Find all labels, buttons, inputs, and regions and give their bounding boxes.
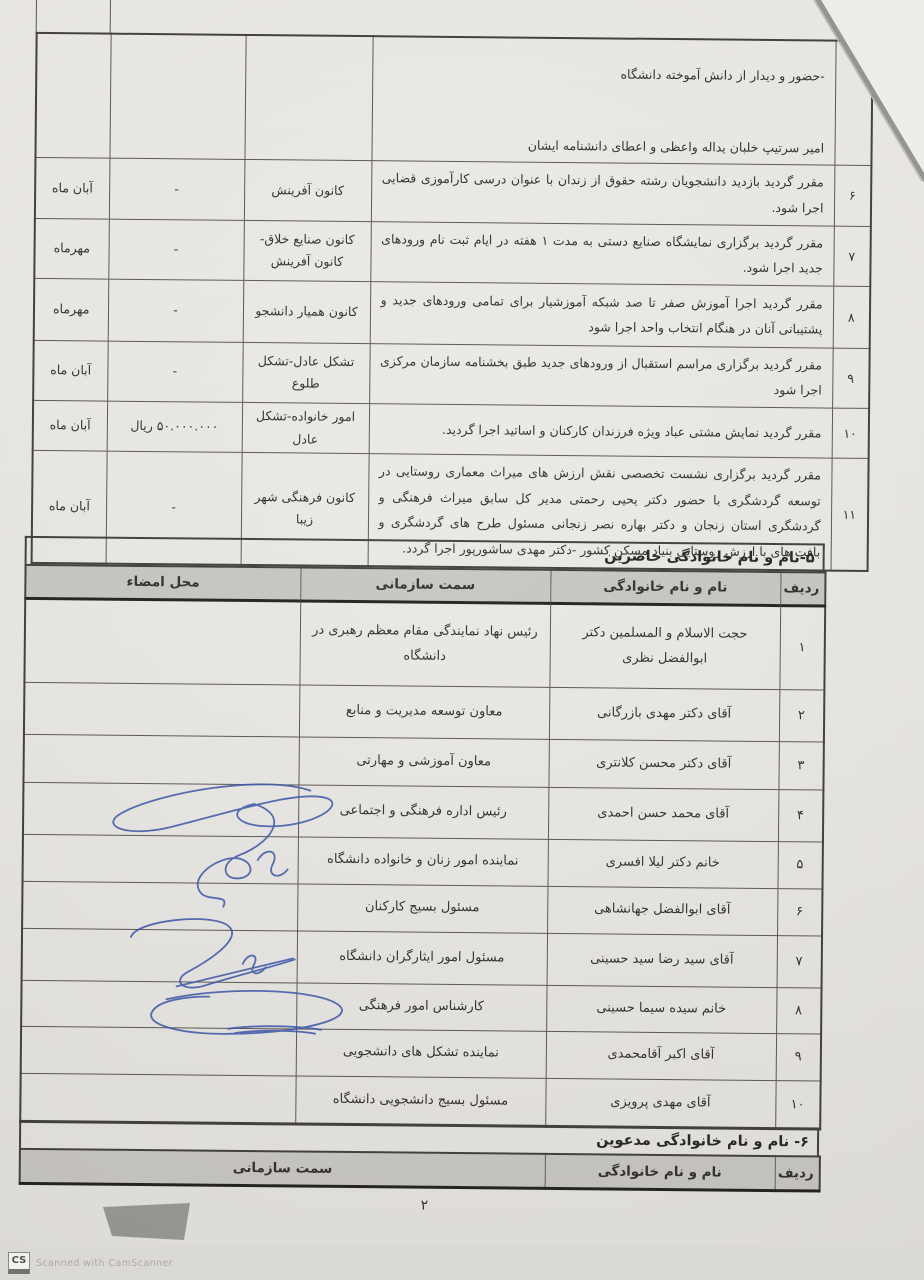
signature-cell [21, 980, 296, 1029]
row-number-cell: ۱۰ [832, 408, 869, 458]
table-divider-stub [110, 0, 111, 33]
name-cell: خانم دکتر لیلا افسری [548, 839, 778, 888]
amount-cell [109, 34, 245, 160]
invitees-section: ۶- نام و نام خانوادگی مدعوین ردیف نام و … [19, 1120, 820, 1192]
table-row: ۶ مقرر گردید بازدید دانشجویان رشته حقوق … [35, 158, 872, 226]
month-cell: مهرماه [34, 218, 109, 279]
name-cell: آقای دکتر محسن کلانتری [548, 739, 778, 789]
row-number-cell: ۵ [777, 841, 822, 888]
signature-cell [23, 782, 298, 837]
attendee-row: ۱ حجت الاسلام و المسلمین دکتر ابوالفضل ن… [24, 598, 825, 690]
table-row: ۸ مقرر گردید اجرا آموزش صفر تا صد شبکه آ… [34, 278, 871, 348]
table-row: -حضور و دیدار از دانش آموخته دانشگاه امی… [35, 33, 872, 166]
name-cell: آقای دکتر مهدی بازرگانی [549, 687, 779, 741]
name-cell: حجت الاسلام و المسلمین دکتر ابوالفضل نظر… [549, 603, 780, 689]
signature-cell [24, 682, 299, 737]
signature-cell [23, 834, 298, 884]
position-cell: نماینده امور زنان و خانواده دانشگاه [298, 836, 548, 885]
row-number-cell: ۹ [832, 348, 870, 409]
name-cell: آقای ابوالفضل جهانشاهی [547, 886, 777, 935]
amount-cell: - [108, 219, 244, 281]
scanned-page-photo: -حضور و دیدار از دانش آموخته دانشگاه امی… [0, 0, 924, 1280]
signature-cell [23, 734, 298, 785]
organization-cell: تشکل عادل-تشکل طلوع [242, 342, 370, 403]
watermark-text: Scanned with CamScanner [36, 1258, 173, 1269]
header-position: سمت سازمانی [20, 1149, 545, 1188]
position-cell: کارشناس امور فرهنگی [296, 982, 546, 1030]
row-number-cell: ۸ [833, 286, 871, 348]
organization-cell: امور خانواده-تشکل عادل [242, 402, 369, 453]
row-number-cell: ۹ [776, 1033, 821, 1080]
description-cell: مقرر گردید بازدید دانشجویان رشته حقوق از… [371, 161, 835, 226]
position-cell: مسئول بسیج دانشجویی دانشگاه [295, 1075, 545, 1126]
signature-cell [22, 881, 297, 931]
position-cell: معاون توسعه مدیریت و منابع [299, 684, 549, 738]
row-number-cell: ۱ [779, 605, 825, 689]
attendee-row: ۷ آقای سید رضا سید حسینی مسئول امور ایثا… [22, 928, 822, 988]
signature-cell [22, 928, 297, 983]
attendee-row: ۴ آقای محمد حسن احمدی رئیس اداره فرهنگی … [23, 782, 823, 842]
carryover-line-1: -حضور و دیدار از دانش آموخته دانشگاه [383, 59, 825, 89]
month-cell [35, 33, 110, 158]
description-cell: مقرر گردید اجرا آموزش صفر تا صد شبکه آمو… [370, 281, 834, 347]
table-row: ۱۰ مقرر گردید نمایش مشتی عباد ویژه فرزند… [33, 400, 869, 458]
row-number-cell: ۶ [777, 888, 822, 935]
carryover-line-2: امیر سرتیپ خلبان یداله واعظی و اعطای دان… [382, 131, 824, 161]
invitees-table: ردیف نام و نام خانوادگی سمت سازمانی [19, 1148, 821, 1192]
organization-cell: کانون همیار دانشجو [243, 280, 371, 343]
amount-cell: - [108, 279, 244, 342]
row-number-cell: ۷ [833, 226, 871, 287]
paper-sheet: -حضور و دیدار از دانش آموخته دانشگاه امی… [0, 0, 924, 1246]
row-number-cell: ۳ [778, 741, 823, 789]
cs-logo-icon: CS [8, 1252, 30, 1274]
organization-cell: کانون صنایع خلاق- کانون آفرینش [243, 220, 371, 281]
amount-cell: - [107, 341, 243, 403]
name-cell: خانم سیده سیما حسینی [546, 985, 776, 1033]
month-cell: آبان ماه [33, 400, 107, 451]
photo-background-strip: CS Scanned with CamScanner [0, 1246, 924, 1280]
row-number-cell [834, 41, 872, 166]
table-row: ۷ مقرر گردید برگزاری نمایشگاه صنایع دستی… [34, 218, 871, 286]
table-divider-stub [36, 0, 37, 32]
attendee-row: ۲ آقای دکتر مهدی بازرگانی معاون توسعه مد… [24, 682, 824, 742]
name-cell: آقای سید رضا سید حسینی [547, 933, 777, 987]
attendee-row: ۸ خانم سیده سیما حسینی کارشناس امور فرهن… [21, 980, 821, 1034]
header-row-number: ردیف [775, 1156, 820, 1190]
row-number-cell: ۸ [776, 987, 821, 1033]
row-number-cell: ۶ [834, 165, 872, 226]
header-signature: محل امضاء [25, 565, 300, 601]
row-number-cell: ۱۰ [775, 1080, 820, 1129]
description-cell: مقرر گردید برگزاری مراسم استقبال از ورود… [369, 343, 833, 408]
organization-cell: کانون آفرینش [244, 160, 372, 221]
position-cell: رئیس اداره فرهنگی و اجتماعی [298, 784, 548, 838]
page-number: ۲ [0, 1194, 860, 1218]
row-number-cell: ۴ [778, 789, 823, 841]
description-cell: مقرر گردید برگزاری نمایشگاه صنایع دستی ب… [370, 221, 834, 286]
position-cell: رئیس نهاد نمایندگی مقام معظم رهبری در دا… [299, 600, 550, 686]
header-name: نام و نام خانوادگی [550, 570, 780, 605]
scan-tilt-wrapper: -حضور و دیدار از دانش آموخته دانشگاه امی… [0, 0, 924, 1250]
row-number-cell: ۷ [777, 935, 822, 987]
amount-cell: - [109, 158, 245, 220]
name-cell: آقای مهدی پرویزی [545, 1078, 775, 1129]
header-position: سمت سازمانی [300, 567, 550, 602]
month-cell: آبان ماه [33, 340, 108, 401]
attendees-section: ۵-نام و نام خانوادگی حاضرین ردیف نام و ن… [19, 536, 825, 1131]
invitees-header-row: ردیف نام و نام خانوادگی سمت سازمانی [20, 1149, 820, 1191]
resolutions-table: -حضور و دیدار از دانش آموخته دانشگاه امی… [31, 32, 874, 572]
description-cell: مقرر گردید نمایش مشتی عباد ویژه فرزندان … [369, 404, 832, 458]
attendees-table: ردیف نام و نام خانوادگی سمت سازمانی محل … [19, 564, 826, 1131]
camscanner-watermark: CS Scanned with CamScanner [8, 1252, 173, 1274]
month-cell: مهرماه [34, 278, 109, 341]
carryover-description-cell: -حضور و دیدار از دانش آموخته دانشگاه امی… [371, 36, 835, 165]
position-cell: مسئول بسیج کارکنان [297, 883, 547, 932]
name-cell: آقای محمد حسن احمدی [548, 787, 778, 841]
header-row-number: ردیف [780, 572, 825, 605]
row-number-cell: ۲ [779, 689, 824, 741]
position-cell: مسئول امور ایثارگران دانشگاه [297, 930, 547, 984]
attendee-row: ۹ آقای اکبر آقامحمدی نماینده تشکل های دا… [21, 1026, 821, 1081]
attendee-row: ۳ آقای دکتر محسن کلانتری معاون آموزشی و … [23, 734, 823, 790]
position-cell: نماینده تشکل های دانشجویی [296, 1028, 546, 1077]
organization-cell [244, 35, 372, 161]
signature-cell [21, 1026, 296, 1076]
signature-cell [24, 598, 300, 685]
signature-cell [20, 1073, 295, 1125]
month-cell: آبان ماه [35, 158, 110, 219]
attendee-row: ۶ آقای ابوالفضل جهانشاهی مسئول بسیج کارک… [22, 881, 822, 936]
table-row: ۹ مقرر گردید برگزاری مراسم استقبال از ور… [33, 340, 870, 408]
name-cell: آقای اکبر آقامحمدی [546, 1031, 776, 1080]
row-number-cell: ۱۱ [831, 458, 869, 570]
amount-cell: ۵۰.۰۰۰.۰۰۰ ریال [107, 401, 242, 452]
attendee-row: ۵ خانم دکتر لیلا افسری نماینده امور زنان… [23, 834, 823, 889]
header-name: نام و نام خانوادگی [545, 1154, 775, 1190]
position-cell: معاون آموزشی و مهارتی [298, 736, 548, 786]
